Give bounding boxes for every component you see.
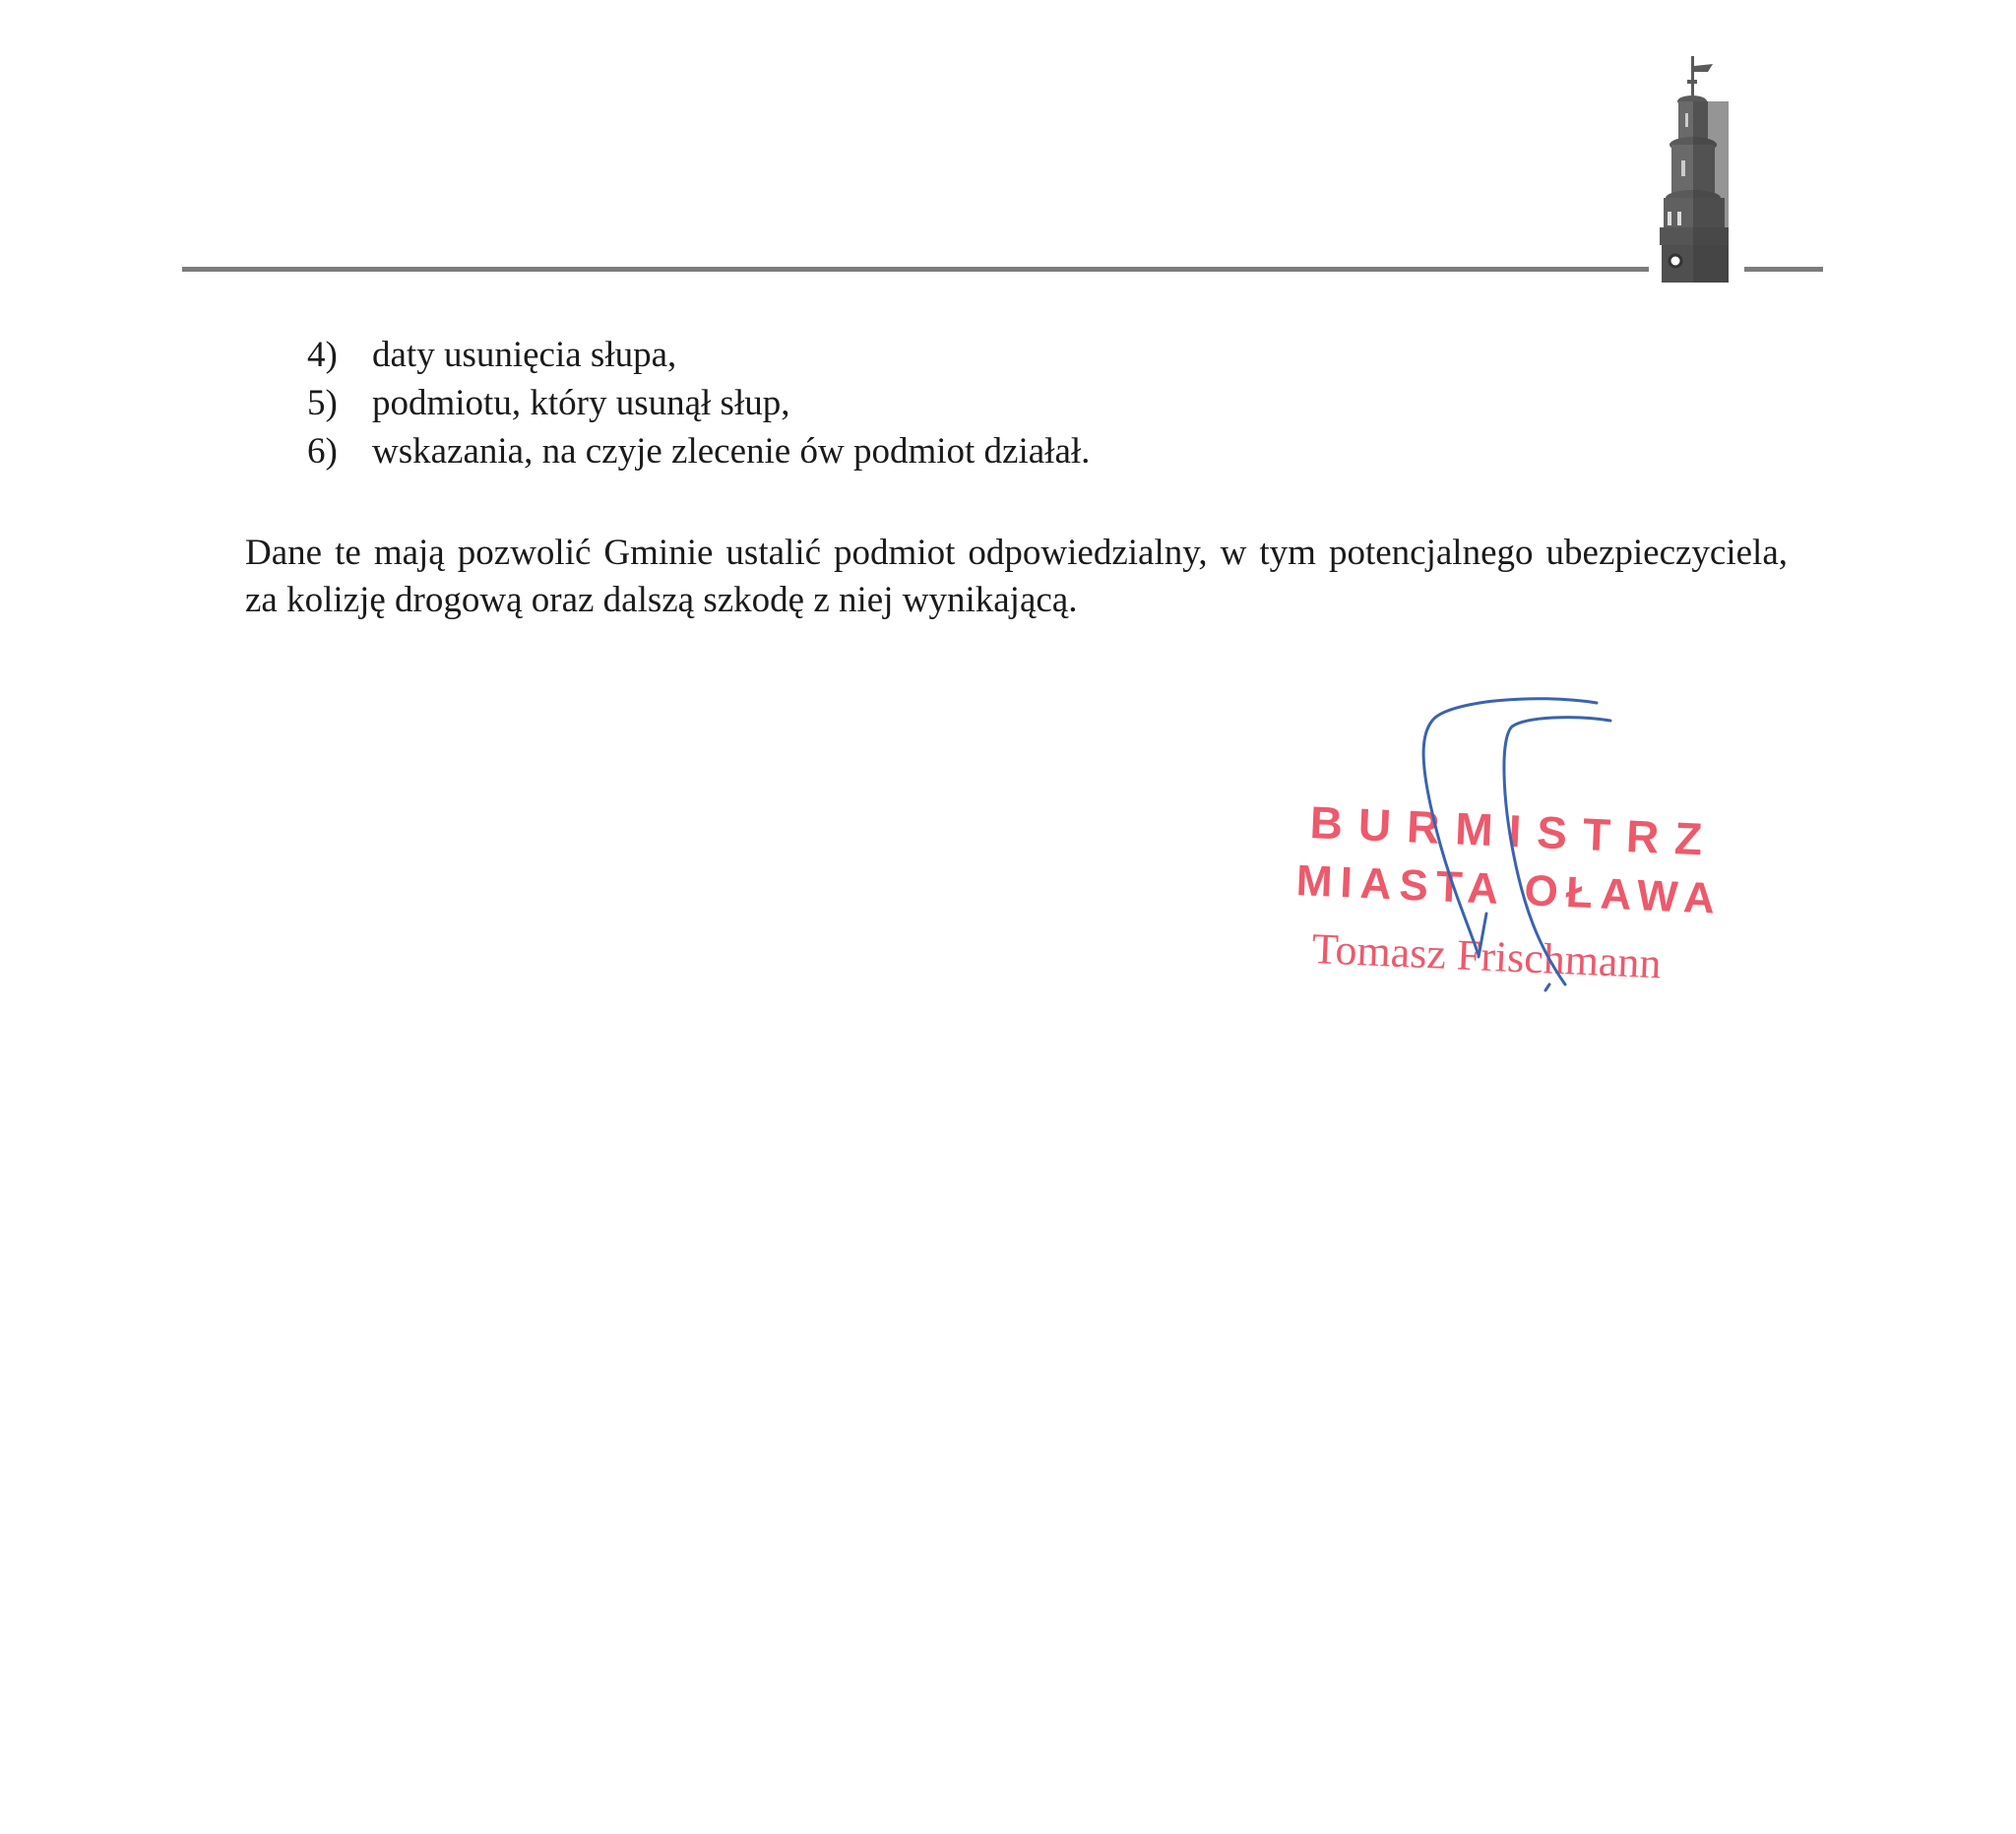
list-item-number: 5) <box>307 379 372 427</box>
list-item: 6) wskazania, na czyje zlecenie ów podmi… <box>307 427 1090 475</box>
header-rule <box>182 267 1649 272</box>
stamp-city: MIASTA OŁAWA <box>1295 856 1724 924</box>
list-item-number: 4) <box>307 331 372 379</box>
stamp-title: BURMISTRZ <box>1309 795 1720 866</box>
list-item: 4) daty usunięcia słupa, <box>307 331 1090 379</box>
town-hall-tower-icon <box>1634 54 1752 285</box>
body-paragraph: Dane te mają pozwolić Gminie ustalić pod… <box>245 530 1788 624</box>
official-stamp: BURMISTRZ MIASTA OŁAWA Tomasz Frischmann <box>1290 689 1742 1024</box>
header-rule-right <box>1744 267 1823 272</box>
list-item-text: daty usunięcia słupa, <box>372 331 676 379</box>
list-item: 5) podmiotu, który usunął słup, <box>307 379 1090 427</box>
list-item-number: 6) <box>307 427 372 475</box>
list-item-text: wskazania, na czyje zlecenie ów podmiot … <box>372 427 1090 475</box>
numbered-list: 4) daty usunięcia słupa, 5) podmiotu, kt… <box>307 331 1090 475</box>
stamp-name: Tomasz Frischmann <box>1311 923 1663 988</box>
list-item-text: podmiotu, który usunął słup, <box>372 379 789 427</box>
